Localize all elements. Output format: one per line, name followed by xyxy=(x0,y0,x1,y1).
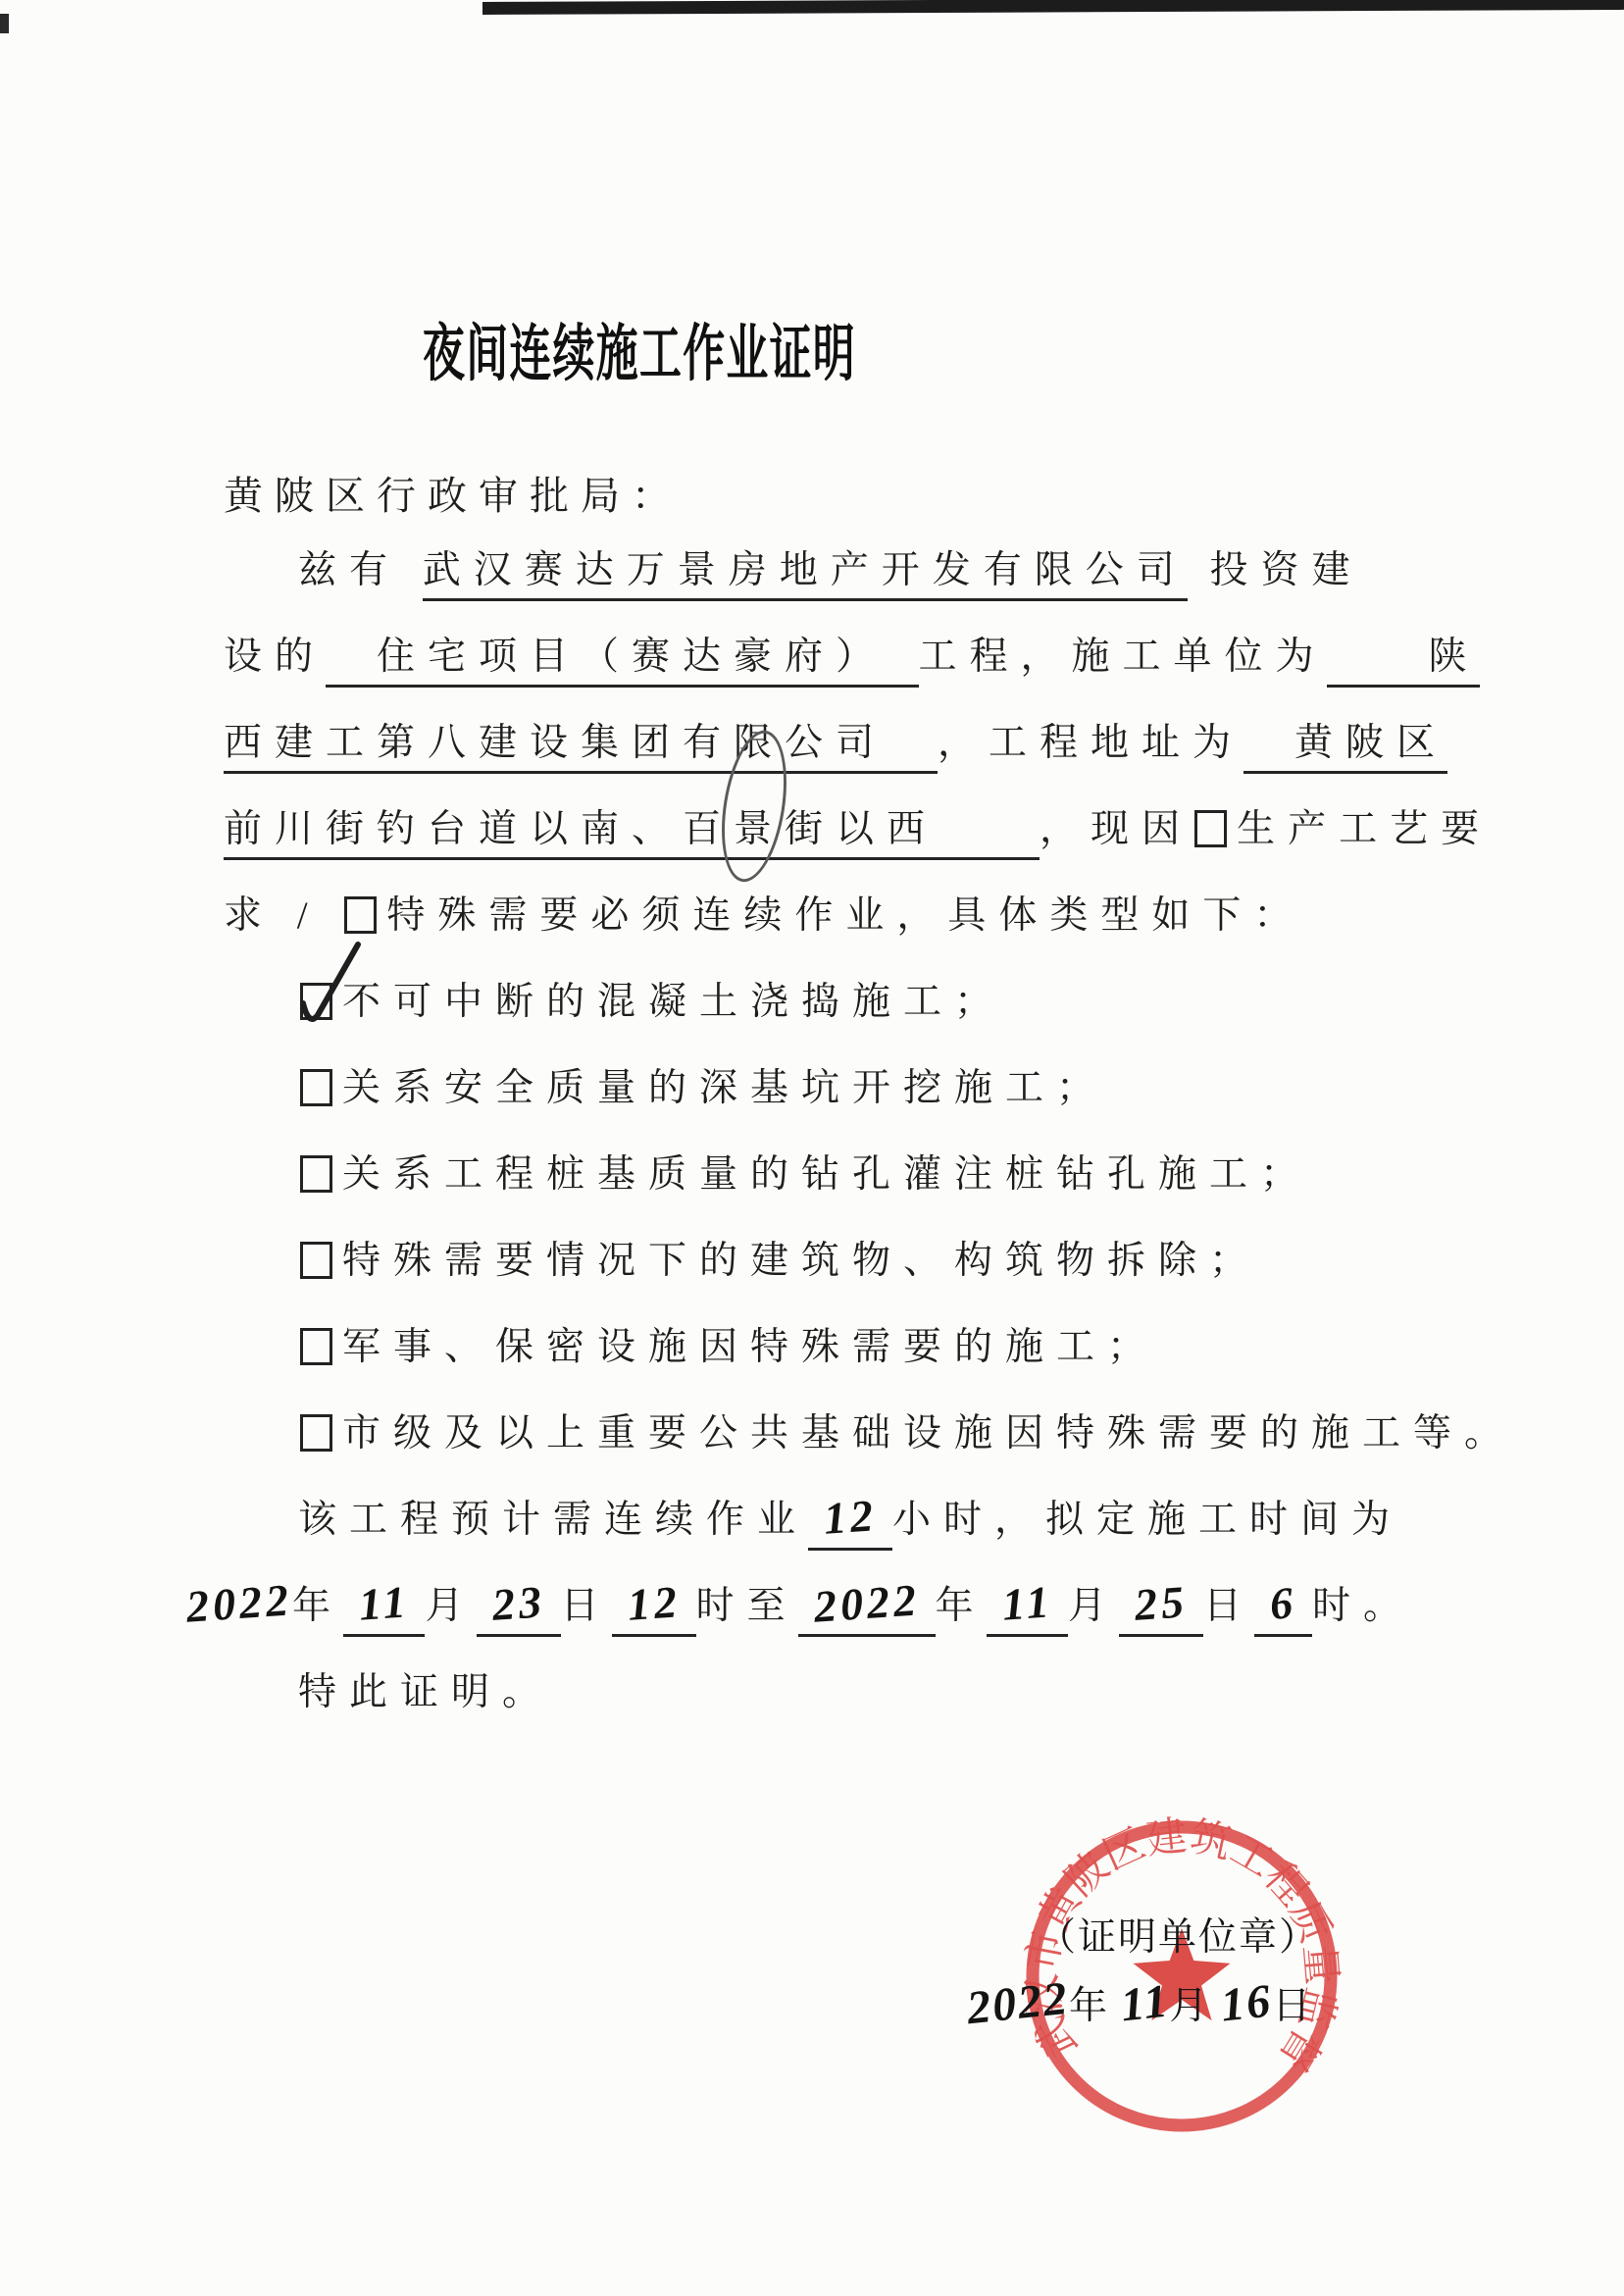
checkbox-icon xyxy=(300,1069,332,1106)
stamp-year-label: 年 xyxy=(1069,1985,1121,2027)
body-lines: 兹有 武汉赛达万景房地产开发有限公司 投资建设的 住宅项目（赛达豪府） 工程，施… xyxy=(224,528,1469,1736)
body-line: 设的 住宅项目（赛达豪府） 工程，施工单位为 陕 xyxy=(224,614,1469,700)
body-line: 特此证明。 xyxy=(224,1650,1469,1736)
body-text: ，工程地址为 xyxy=(938,722,1243,764)
handwritten-stamp-month: 11 xyxy=(1119,1978,1172,2030)
body-line: 兹有 武汉赛达万景房地产开发有限公司 投资建 xyxy=(224,528,1469,614)
underlined-blank: 陕 xyxy=(1327,636,1480,688)
salutation: 黄陂区行政审批局： xyxy=(224,465,683,521)
body-line: 该工程预计需连续作业12小时，拟定施工时间为 xyxy=(224,1477,1469,1563)
underlined-blank: 6 xyxy=(1254,1585,1312,1637)
body-line: 军事、保密设施因特殊需要的施工； xyxy=(224,1304,1469,1391)
underlined-blank: 西建工第八建设集团有限公司 xyxy=(224,722,938,774)
body-text: 陕 xyxy=(1327,636,1480,678)
body-text: 住宅项目（赛达豪府） xyxy=(326,636,919,678)
checkbox-icon xyxy=(1194,810,1227,847)
checkbox-icon xyxy=(300,1414,332,1452)
underlined-blank: 街以西 xyxy=(785,808,1040,860)
handwritten-value: 11 xyxy=(342,1578,427,1629)
underlined-blank: 25 xyxy=(1119,1585,1203,1637)
underlined-blank: 11 xyxy=(343,1585,425,1637)
body-line: 求 / 特殊需要必须连续作业，具体类型如下： xyxy=(224,873,1469,959)
body-text: 西建工第八建设集团有限公司 xyxy=(224,722,938,764)
underlined-blank: 武汉赛达万景房地产开发有限公司 xyxy=(423,549,1188,601)
stamp-unit-label: （证明单位章） xyxy=(1038,1907,1319,1962)
body-line: 特殊需要情况下的建筑物、构筑物拆除； xyxy=(224,1218,1469,1304)
underlined-blank: 23 xyxy=(477,1585,561,1637)
handwritten-value: 12 xyxy=(807,1492,894,1543)
underlined-blank: 黄陂区 xyxy=(1243,722,1447,774)
body-text: 生产工艺要 xyxy=(1237,808,1492,850)
checkbox-icon xyxy=(344,896,377,934)
scan-artifact-corner xyxy=(0,14,9,33)
body-text: 兹有 xyxy=(298,549,423,591)
body-text: ，现因 xyxy=(1040,808,1193,850)
body-text: 武汉赛达万景房地产开发有限公司 xyxy=(423,549,1188,591)
body-text: 设的 xyxy=(224,636,326,678)
body-line: 西建工第八建设集团有限公司 ，工程地址为 黄陂区 xyxy=(224,700,1469,787)
body-text: 年 xyxy=(936,1585,987,1627)
underlined-blank: 12 xyxy=(808,1499,892,1551)
body-text: 小时，拟定施工时间为 xyxy=(892,1499,1402,1541)
body-line: 前川街钓台道以南、百景街以西 ，现因生产工艺要 xyxy=(224,787,1469,873)
handwritten-stamp-year: 2022 xyxy=(965,1975,1071,2033)
document-title: 夜间连续施工作业证明 xyxy=(399,304,880,393)
body-text: 求 / xyxy=(224,894,342,937)
handwritten-value: 11 xyxy=(985,1578,1069,1629)
body-line: 关系工程桩基质量的钻孔灌注桩钻孔施工； xyxy=(224,1132,1469,1218)
handwritten-value: 2022 xyxy=(185,1577,294,1629)
pen-circled-char: 景 xyxy=(734,787,785,873)
checkbox-icon xyxy=(300,1328,332,1365)
body-text: 不可中断的混凝土浇捣施工； xyxy=(342,981,1005,1023)
body-text: 日 xyxy=(1203,1585,1254,1627)
body-text: 特此证明。 xyxy=(298,1671,553,1713)
handwritten-value: 12 xyxy=(610,1578,697,1629)
underlined-blank: 景 xyxy=(734,808,785,860)
checkbox-icon xyxy=(300,1155,332,1193)
handwritten-value: 6 xyxy=(1253,1579,1314,1628)
document-page: 夜间连续施工作业证明 黄陂区行政审批局： 兹有 武汉赛达万景房地产开发有限公司 … xyxy=(0,0,1624,2296)
checkbox-icon xyxy=(300,1242,332,1279)
body-text: 军事、保密设施因特殊需要的施工； xyxy=(342,1326,1158,1368)
underlined-blank: 2022 xyxy=(798,1585,936,1637)
body-text: 黄陂区 xyxy=(1243,722,1447,764)
stamp-date: 2022年11月16日 xyxy=(967,1975,1324,2030)
handwritten-value: 25 xyxy=(1118,1578,1205,1629)
body-line: 不可中断的混凝土浇捣施工； xyxy=(224,959,1469,1046)
body-text: 日 xyxy=(561,1585,612,1627)
handwritten-checkmark xyxy=(295,939,368,1037)
stamp-month-label: 月 xyxy=(1169,1985,1221,2027)
body-text: 特殊需要必须连续作业，具体类型如下： xyxy=(386,894,1304,937)
underlined-blank: 12 xyxy=(612,1585,696,1637)
body-text: 月 xyxy=(425,1585,476,1627)
handwritten-value: 2022 xyxy=(796,1576,937,1631)
body-text: 前川街钓台道以南、百 xyxy=(224,808,734,850)
body-text: 特殊需要情况下的建筑物、构筑物拆除； xyxy=(342,1240,1260,1282)
body-text: 时至 xyxy=(696,1585,798,1627)
underlined-blank: 前川街钓台道以南、百 xyxy=(224,808,734,860)
underlined-blank: 住宅项目（赛达豪府） xyxy=(326,636,919,688)
body-line: 市级及以上重要公共基础设施因特殊需要的施工等。 xyxy=(224,1391,1469,1477)
body-line: 2022年11月23日12时至2022年11月25日6时。 xyxy=(186,1563,1469,1650)
body-text: 时。 xyxy=(1312,1585,1414,1627)
body-text: 街以西 xyxy=(785,808,1040,850)
body-text: 该工程预计需连续作业 xyxy=(298,1499,808,1541)
body-text: 投资建 xyxy=(1188,549,1363,591)
handwritten-stamp-day: 16 xyxy=(1219,1977,1275,2029)
body-text: 工程，施工单位为 xyxy=(919,636,1327,678)
body-text: 年 xyxy=(292,1585,343,1627)
body-text: 月 xyxy=(1068,1585,1119,1627)
body-text: 关系工程桩基质量的钻孔灌注桩钻孔施工； xyxy=(342,1153,1311,1196)
body-line: 关系安全质量的深基坑开挖施工； xyxy=(224,1046,1469,1132)
body-text: 关系安全质量的深基坑开挖施工； xyxy=(342,1067,1107,1109)
underlined-blank: 11 xyxy=(987,1585,1068,1637)
checkbox-checked xyxy=(300,983,332,1020)
stamp-day-label: 日 xyxy=(1272,1985,1324,2027)
body-text: 市级及以上重要公共基础设施因特殊需要的施工等。 xyxy=(342,1412,1515,1454)
scan-artifact-top-edge xyxy=(482,0,1624,15)
handwritten-value: 23 xyxy=(475,1578,562,1629)
